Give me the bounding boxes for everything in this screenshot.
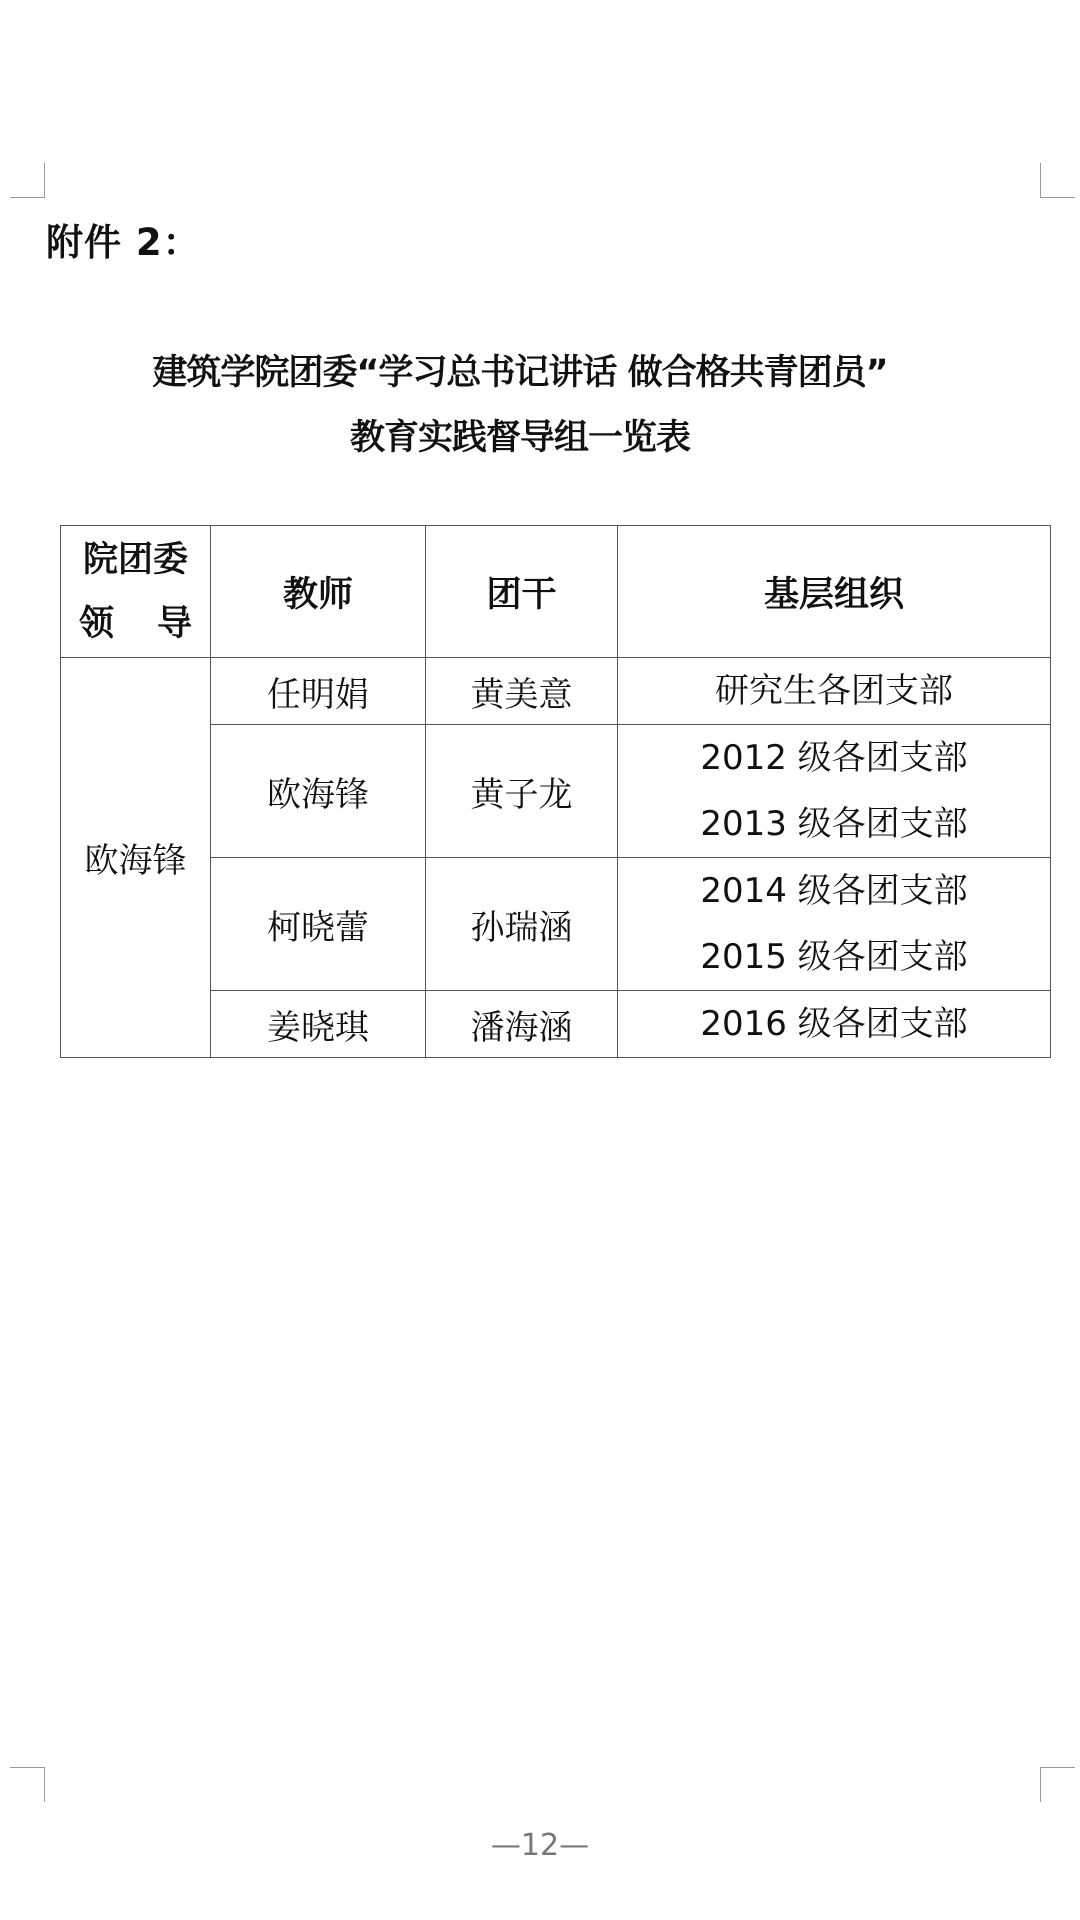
table-row: 欧海锋 任明娟 黄美意 研究生各团支部: [61, 658, 1051, 725]
teacher-cell: 任明娟: [211, 658, 426, 725]
header-leader: 院团委 领 导: [61, 526, 211, 658]
org-item: 2016 级各团支部: [618, 991, 1050, 1057]
cadre-cell: 孙瑞涵: [426, 858, 618, 991]
cadre-cell: 潘海涵: [426, 991, 618, 1058]
teacher-cell: 柯晓蕾: [211, 858, 426, 991]
header-cadre: 团干: [426, 526, 618, 658]
crop-mark-bottom-left: [10, 1767, 45, 1802]
org-item: 2015 级各团支部: [618, 924, 1050, 990]
org-item: 研究生各团支部: [618, 658, 1050, 724]
document-title-line2: 教育实践督导组一览表: [0, 410, 1060, 460]
crop-mark-bottom-right: [1040, 1767, 1075, 1802]
org-cell: 2014 级各团支部 2015 级各团支部: [618, 858, 1051, 991]
header-leader-line1: 院团委: [61, 528, 210, 592]
crop-mark-top-right: [1040, 163, 1075, 198]
header-teacher: 教师: [211, 526, 426, 658]
org-item: 2013 级各团支部: [618, 791, 1050, 857]
leader-cell: 欧海锋: [61, 658, 211, 1058]
attachment-label: 附件 2：: [46, 212, 201, 266]
org-item: 2012 级各团支部: [618, 725, 1050, 791]
supervision-group-table: 院团委 领 导 教师 团干 基层组织 欧海锋 任明娟 黄美意 研究生各团支部 欧…: [60, 525, 1051, 1058]
header-leader-line2-b: 导: [157, 592, 192, 656]
cadre-cell: 黄美意: [426, 658, 618, 725]
header-leader-line2-a: 领: [79, 592, 114, 656]
table-header-row: 院团委 领 导 教师 团干 基层组织: [61, 526, 1051, 658]
org-cell: 2012 级各团支部 2013 级各团支部: [618, 725, 1051, 858]
org-cell: 2016 级各团支部: [618, 991, 1051, 1058]
teacher-cell: 欧海锋: [211, 725, 426, 858]
header-org: 基层组织: [618, 526, 1051, 658]
document-title-line1: 建筑学院团委“学习总书记讲话 做合格共青团员”: [0, 345, 1060, 395]
teacher-cell: 姜晓琪: [211, 991, 426, 1058]
cadre-cell: 黄子龙: [426, 725, 618, 858]
crop-mark-top-left: [10, 163, 45, 198]
org-item: 2014 级各团支部: [618, 858, 1050, 924]
page-number: —12—: [0, 1828, 1080, 1863]
org-cell: 研究生各团支部: [618, 658, 1051, 725]
